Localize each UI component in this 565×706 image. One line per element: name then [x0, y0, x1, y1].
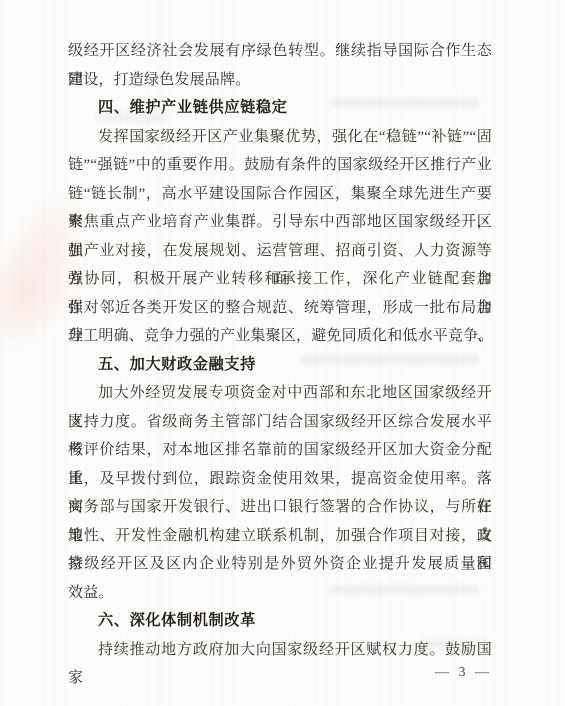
- text-line: 家级经开区及区内企业特别是外贸外资企业提升发展质量和: [68, 550, 492, 579]
- text-column: 级经开区经济社会发展有序绿色转型。继续指导国际合作生态园建设，打造绿色发展品牌。…: [68, 37, 492, 664]
- text-line: 聚焦重点产业培育产业集群。引导东中西部地区国家级经开区加: [68, 208, 492, 237]
- text-line: 链“链长制”，高水平建设国际合作园区，集聚全球先进生产要素，: [68, 180, 492, 209]
- text-line: 链”“强链”中的重要作用。鼓励有条件的国家级经开区推行产业: [68, 151, 492, 180]
- text-line: 核评价结果，对本地区排名靠前的国家级经开区加大资金分配比: [68, 436, 492, 465]
- text-line: 强协同，积极开展产业转移和承接工作，深化产业链配套合作。加: [68, 265, 492, 294]
- document-page: 级经开区经济社会发展有序绿色转型。继续指导国际合作生态园建设，打造绿色发展品牌。…: [0, 0, 565, 706]
- text-line: 强对邻近各类开发区的整合规范、统筹管理，形成一批布局合理、: [68, 294, 492, 323]
- text-line: 持续推动地方政府加大向国家级经开区赋权力度。鼓励国家: [68, 636, 492, 665]
- page-number: — 3 —: [435, 662, 492, 684]
- text-line: 分工明确、竞争力强的产业集聚区，避免同质化和低水平竞争。: [68, 322, 492, 351]
- section-heading: 四、维护产业链供应链稳定: [68, 94, 492, 123]
- text-line: 策性、开发性金融机构建立联系机制，加强合作项目对接，支持国: [68, 522, 492, 551]
- text-line: 发挥国家级经开区产业集聚优势，强化在“稳链”“补链”“固: [68, 123, 492, 152]
- text-line: 加大外经贸发展专项资金对中西部和东北地区国家级经开区: [68, 379, 492, 408]
- text-line: 商务部与国家开发银行、进出口银行签署的合作协议，与所在地政: [68, 493, 492, 522]
- text-line: 级经开区经济社会发展有序绿色转型。继续指导国际合作生态园: [68, 37, 492, 66]
- text-line: 效益。: [68, 579, 492, 608]
- text-line: 强产业对接，在发展规划、运营管理、招商引资、人力资源等方面加: [68, 237, 492, 266]
- section-heading: 五、加大财政金融支持: [68, 351, 492, 380]
- text-line: 重，及早拨付到位，跟踪资金使用效果，提高资金使用率。落实好: [68, 465, 492, 494]
- text-line: 建设，打造绿色发展品牌。: [68, 66, 492, 95]
- section-heading: 六、深化体制机制改革: [68, 607, 492, 636]
- text-line: 支持力度。省级商务主管部门结合国家级经开区综合发展水平考: [68, 408, 492, 437]
